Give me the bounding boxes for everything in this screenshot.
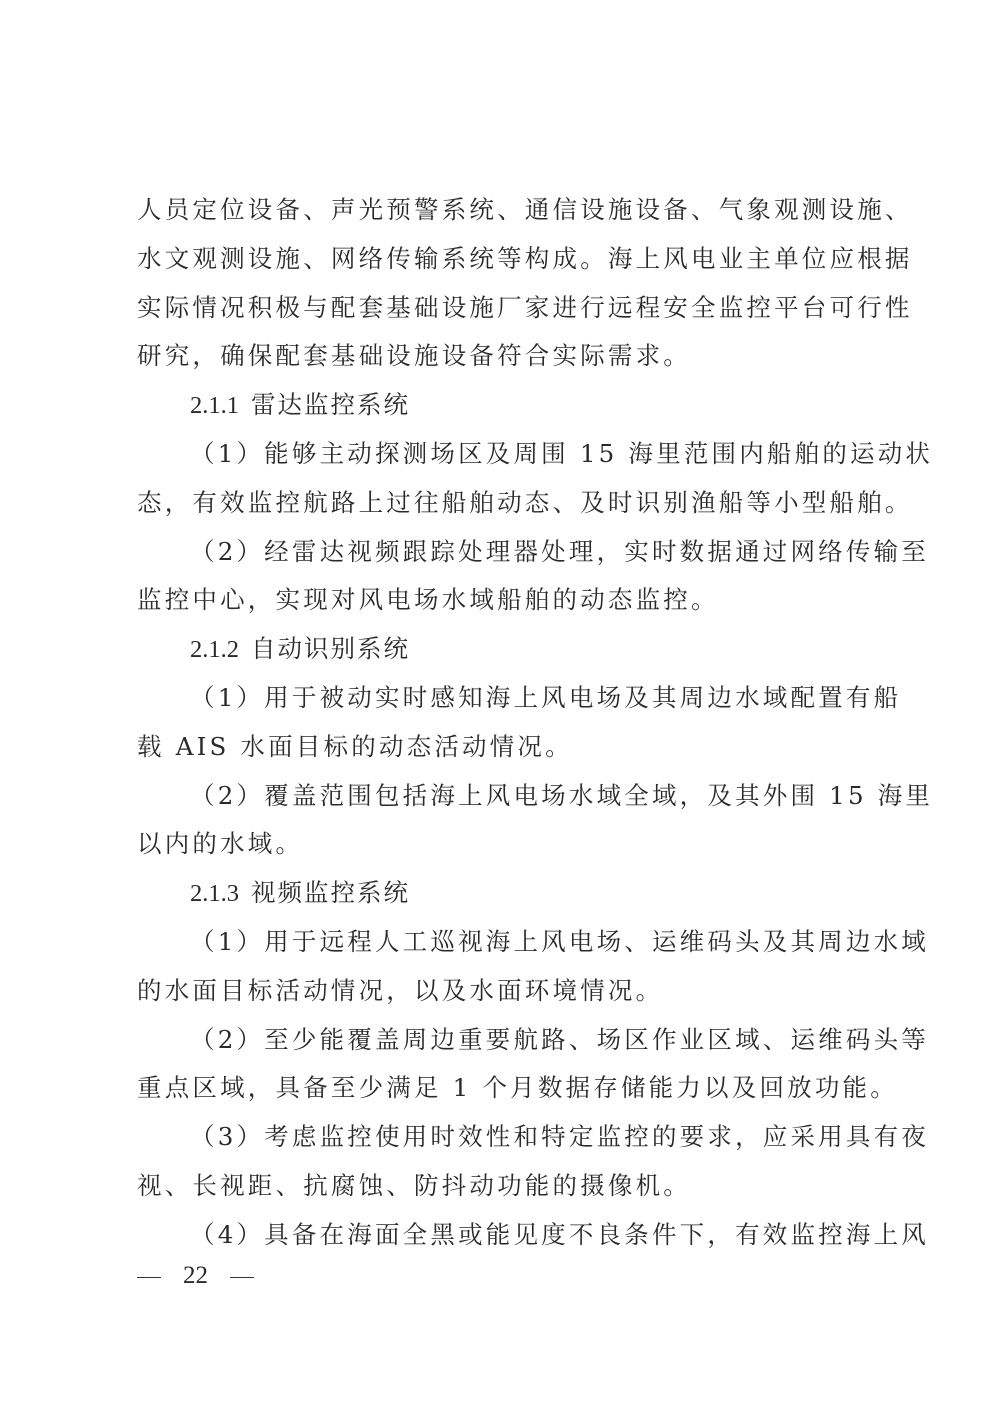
paragraph-line: 研究，确保配套基础设施设备符合实际需求。 <box>137 332 879 381</box>
section-title: 自动识别系统 <box>251 634 410 663</box>
list-item-line: （1）能够主动探测场区及周围 15 海里范围内船舶的运动状 <box>137 430 879 479</box>
section-heading-video: 2.1.3视频监控系统 <box>137 869 879 918</box>
list-item-line: 视、长视距、抗腐蚀、防抖动功能的摄像机。 <box>137 1162 879 1211</box>
section-title: 视频监控系统 <box>251 878 410 907</box>
list-item-line: 的水面目标活动情况，以及水面环境情况。 <box>137 967 879 1016</box>
list-item-line: 以内的水域。 <box>137 820 879 869</box>
document-page: 人员定位设备、声光预警系统、通信设施设备、气象观测设施、 水文观测设施、网络传输… <box>0 0 1000 1414</box>
section-number: 2.1.1 <box>190 392 239 419</box>
list-item-line: （1）用于被动实时感知海上风电场及其周边水域配置有船 <box>137 674 879 723</box>
paragraph-line: 实际情况积极与配套基础设施厂家进行远程安全监控平台可行性 <box>137 284 879 333</box>
list-item-line: （3）考虑监控使用时效性和特定监控的要求，应采用具有夜 <box>137 1113 879 1162</box>
section-heading-ais: 2.1.2自动识别系统 <box>137 625 879 674</box>
list-item-line: （2）覆盖范围包括海上风电场水域全域，及其外围 15 海里 <box>137 772 879 821</box>
list-item-line: 态，有效监控航路上过往船舶动态、及时识别渔船等小型船舶。 <box>137 479 879 528</box>
list-item-line: 重点区域，具备至少满足 1 个月数据存储能力以及回放功能。 <box>137 1064 879 1113</box>
paragraph-line: 水文观测设施、网络传输系统等构成。海上风电业主单位应根据 <box>137 235 879 284</box>
body-text: 人员定位设备、声光预警系统、通信设施设备、气象观测设施、 水文观测设施、网络传输… <box>137 186 879 1260</box>
em-dash-right <box>230 1277 254 1278</box>
section-heading-radar: 2.1.1雷达监控系统 <box>137 381 879 430</box>
section-number: 2.1.3 <box>190 880 239 907</box>
list-item-line: （1）用于远程人工巡视海上风电场、运维码头及其周边水域 <box>137 918 879 967</box>
section-number: 2.1.2 <box>190 636 239 663</box>
list-item-line: （2）经雷达视频跟踪处理器处理，实时数据通过网络传输至 <box>137 528 879 577</box>
list-item-line: 载 AIS 水面目标的动态活动情况。 <box>137 723 879 772</box>
list-item-line: （2）至少能覆盖周边重要航路、场区作业区域、运维码头等 <box>137 1016 879 1065</box>
page-number: 22 <box>183 1262 208 1290</box>
list-item-line: 监控中心，实现对风电场水域船舶的动态监控。 <box>137 576 879 625</box>
section-title: 雷达监控系统 <box>251 390 410 419</box>
page-footer: 22 <box>137 1262 254 1290</box>
em-dash-left <box>137 1277 161 1278</box>
paragraph-line: 人员定位设备、声光预警系统、通信设施设备、气象观测设施、 <box>137 186 879 235</box>
list-item-line: （4）具备在海面全黑或能见度不良条件下，有效监控海上风 <box>137 1211 879 1260</box>
